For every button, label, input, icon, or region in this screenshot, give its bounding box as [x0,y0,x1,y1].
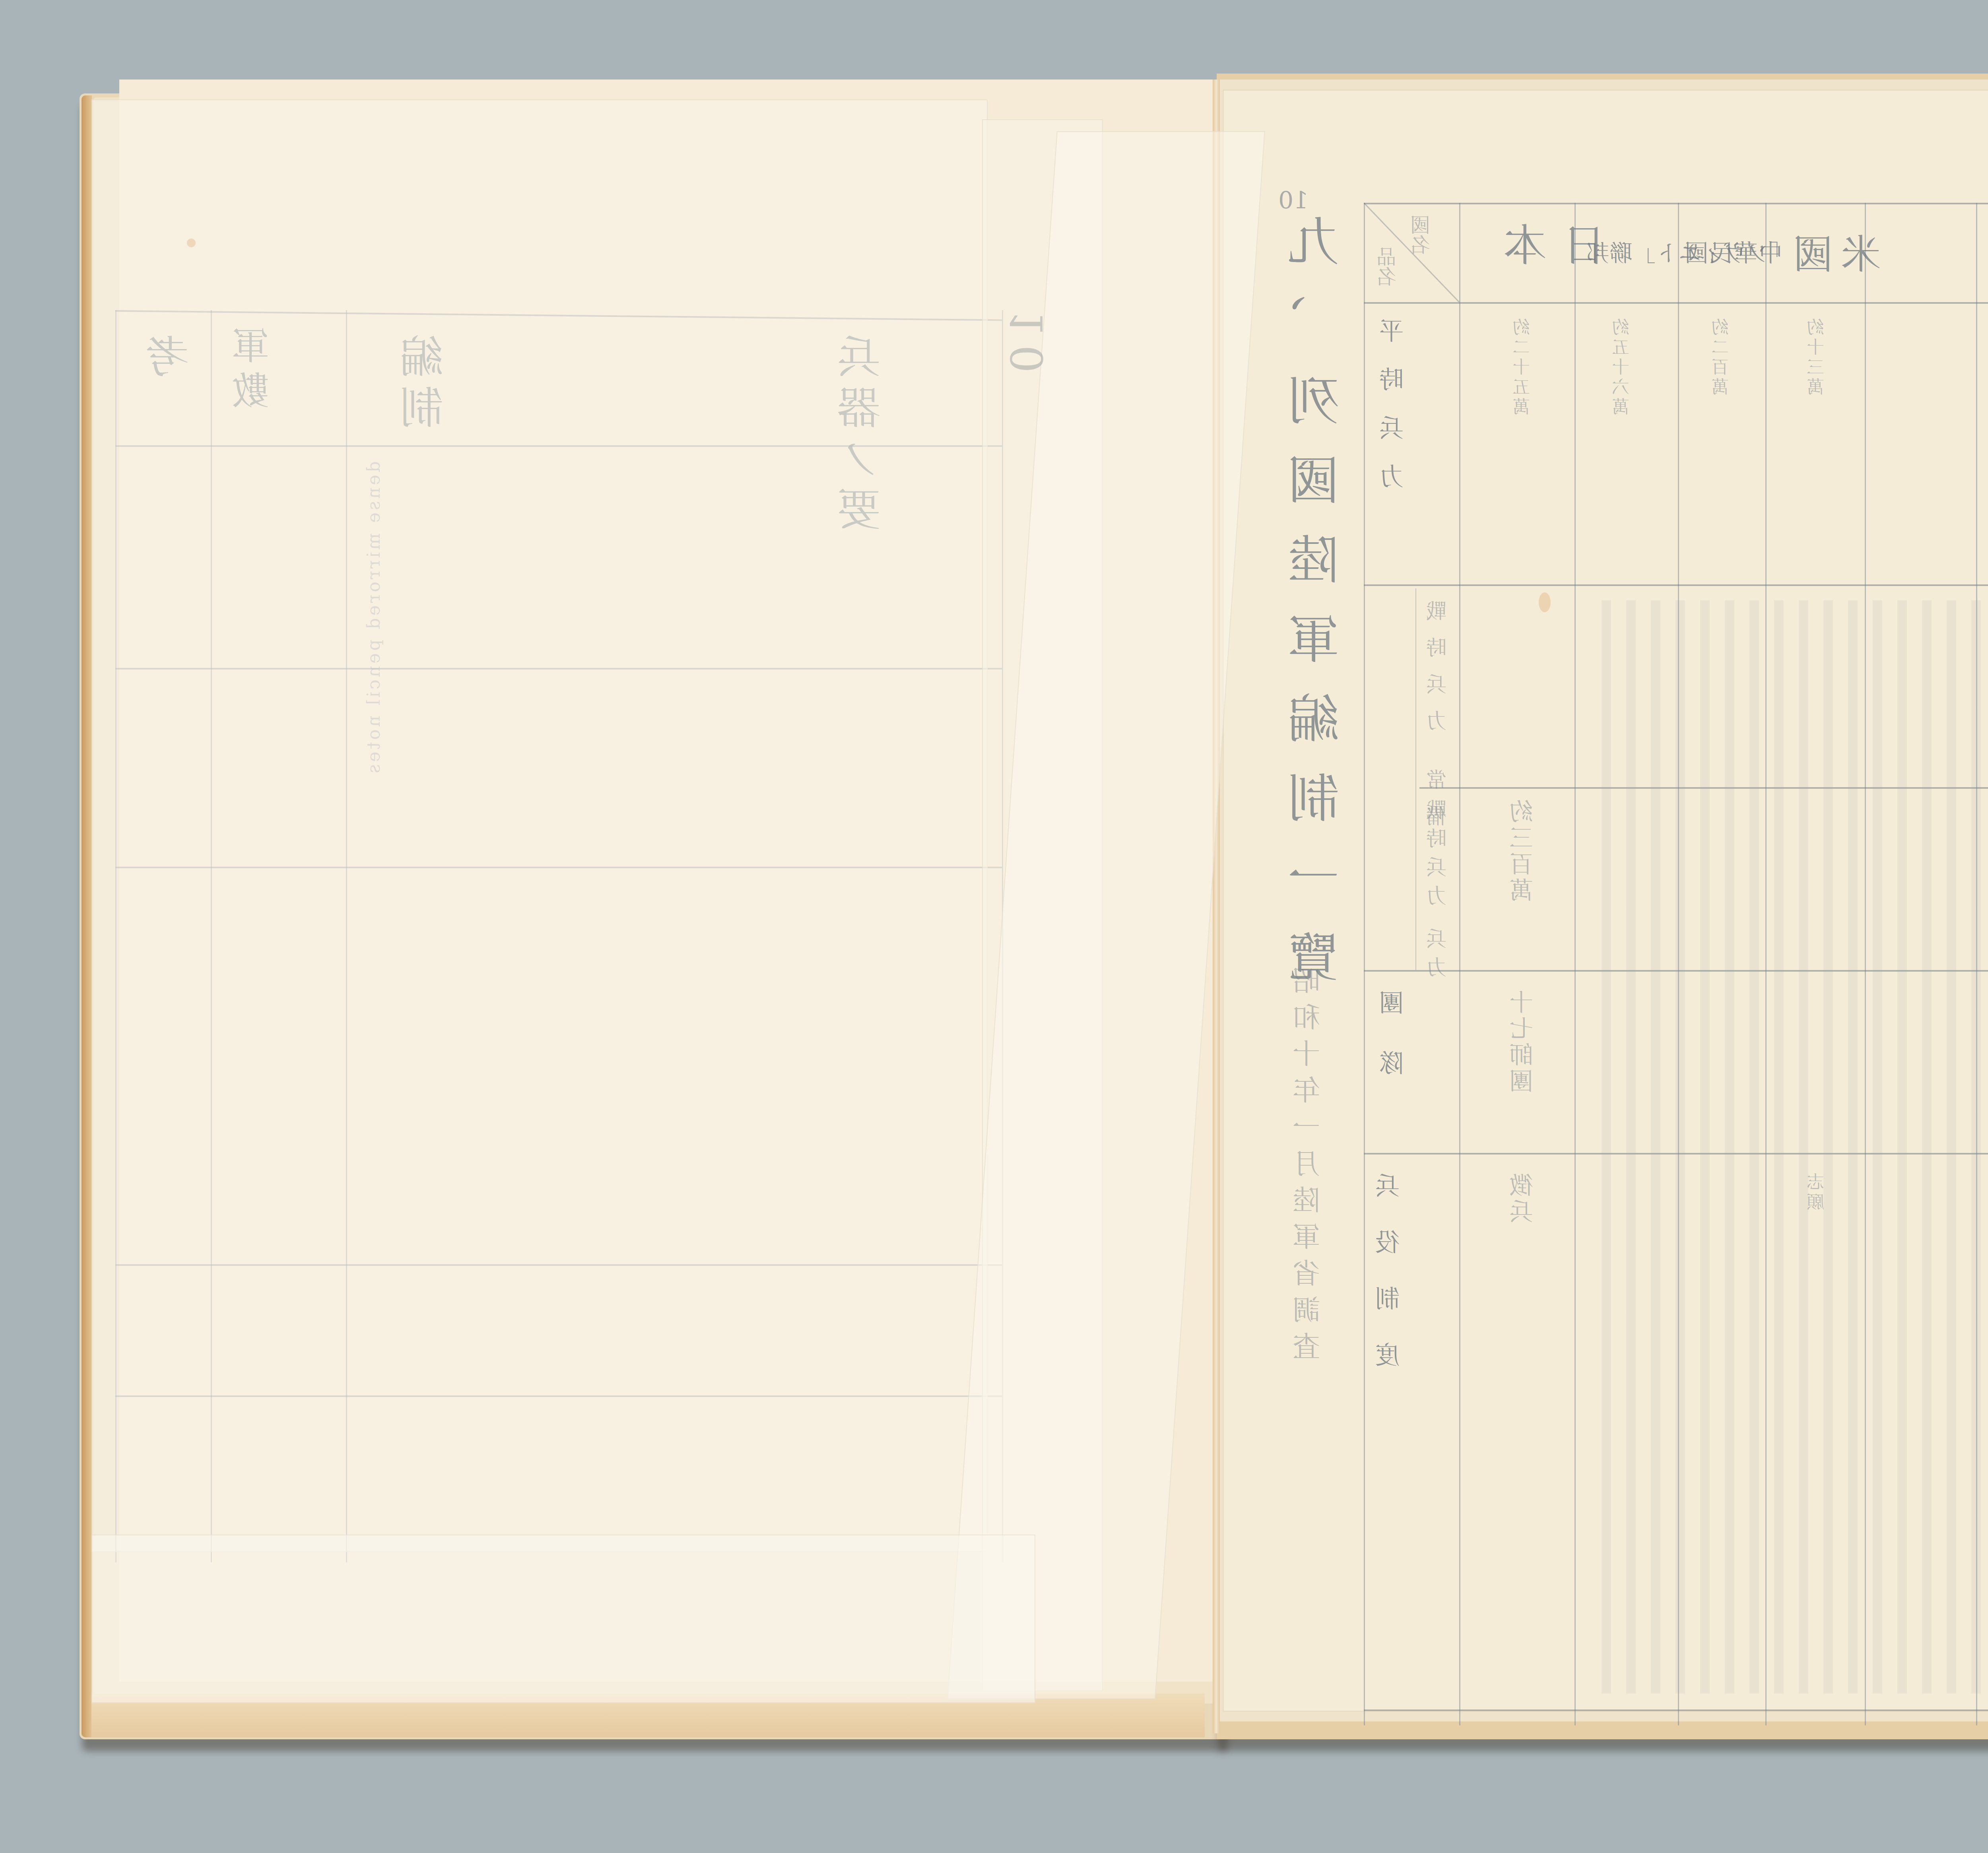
col-header-china: 中華民國 [1684,235,1782,269]
dense-notes-area [1586,600,1988,1694]
right-table: 國名 品名 日本 「ソヴィエト」聯邦 中華民國 米國 英國 獨國 平時兵力 戰時… [1364,203,1988,1725]
tissue-bottom-fold [91,1535,1035,1703]
corner-header-country: 國名 [1408,215,1436,254]
tissue-label: 10 [1002,310,1053,380]
cell-japan-units: 十七師團 [1511,990,1536,1095]
survey-annotation: 昭和十年一月陸軍省調査 [1288,966,1328,1403]
cell-japan-service: 徴兵 [1511,1173,1536,1225]
row-header-units: 團隊 [1376,990,1411,1111]
corner-header-item: 品名 [1374,246,1402,286]
cell-ussr-peacetime: 約五十六萬 [1610,318,1635,417]
page-title: 九、列國陸軍編制一覽 [1280,215,1355,970]
row-header-peacetime: 平時兵力 [1376,318,1411,512]
cell-japan-wartime: 約三百萬 [1511,799,1536,904]
cell-usa-peacetime: 約十三萬 [1805,318,1830,398]
foxing-spot [1539,592,1551,612]
foxing-spot [187,239,196,247]
col-header-usa: 米國 [1785,223,1881,280]
row-header-wartime-strength: 戰時兵力 兵力 [1423,799,1453,986]
book-spine-edge-left [82,95,92,1737]
row-header-conscription: 兵役制度 [1372,1173,1407,1399]
page-number: 10 [1278,187,1309,215]
cell-japan-peacetime: 約二十五萬 [1511,318,1536,417]
cell-china-peacetime: 約二百萬 [1710,318,1734,398]
tissue-overlay [91,99,988,1552]
